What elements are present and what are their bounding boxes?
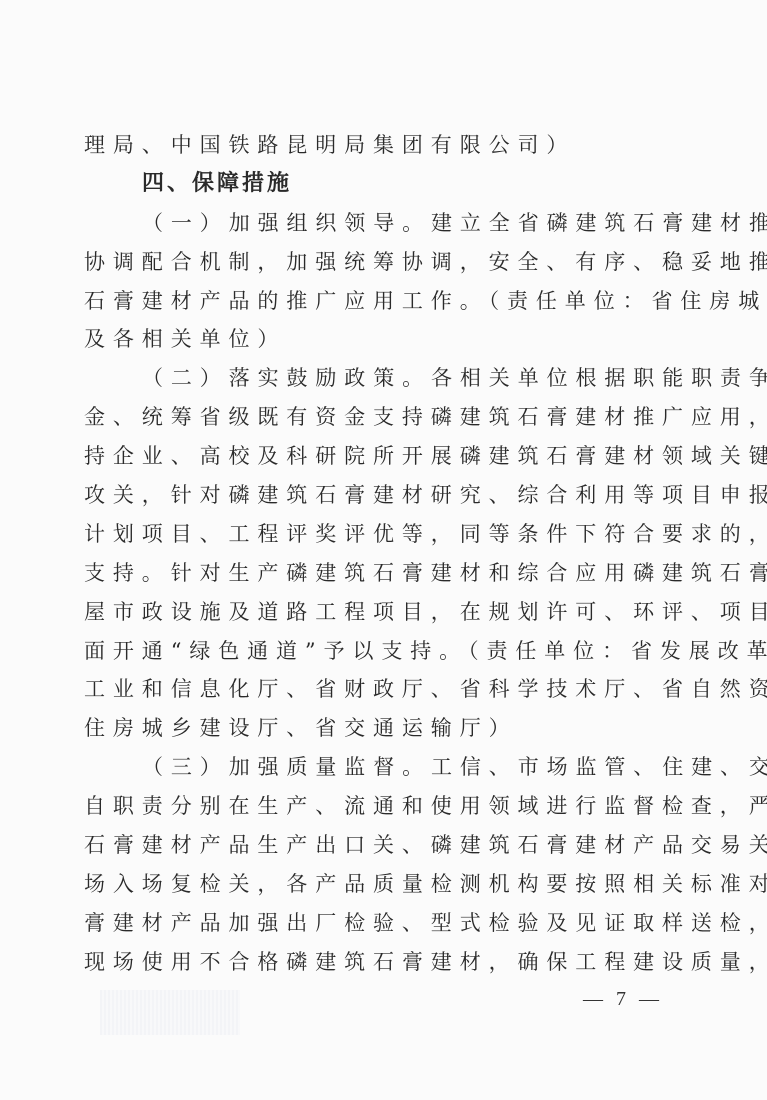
page-number: — 7 — (583, 988, 663, 1011)
scan-artifact (100, 990, 240, 1035)
text-line: （二）落实鼓励政策。各相关单位根据职能职责争取国家资 (84, 359, 674, 398)
text-line: 金、统筹省级既有资金支持磷建筑石膏建材推广应用，鼓励并支 (84, 398, 674, 437)
text-line: 及各相关单位） (84, 320, 674, 359)
section-heading: 四、保障措施 (84, 165, 674, 204)
text-line: 工业和信息化厅、省财政厅、省科学技术厅、省自然资源厅、省 (84, 670, 674, 709)
text-line: 膏建材产品加强出厂检验、型式检验及见证取样送检，严防施工 (84, 904, 674, 943)
text-line: 攻关，针对磷建筑石膏建材研究、综合利用等项目申报科学技术 (84, 476, 674, 515)
body-text: 理局、中国铁路昆明局集团有限公司）四、保障措施（一）加强组织领导。建立全省磷建筑… (84, 126, 674, 982)
text-line: 理局、中国铁路昆明局集团有限公司） (84, 126, 674, 165)
text-line: 支持。针对生产磷建筑石膏建材和综合应用磷建筑石膏建材的房 (84, 554, 674, 593)
text-line: 石膏建材产品的推广应用工作。（责任单位：省住房城乡建设厅 (84, 282, 674, 321)
text-line: （三）加强质量监督。工信、市场监管、住建、交通按照各 (84, 748, 674, 787)
text-line: 持企业、高校及科研院所开展磷建筑石膏建材领域关键核心技术 (84, 437, 674, 476)
text-line: 石膏建材产品生产出口关、磷建筑石膏建材产品交易关、施工现 (84, 826, 674, 865)
text-line: 屋市政设施及道路工程项目，在规划许可、环评、项目施工等方 (84, 593, 674, 632)
text-line: 现场使用不合格磷建筑石膏建材，确保工程建设质量，严守人民 (84, 943, 674, 982)
text-line: 协调配合机制，加强统筹协调，安全、有序、稳妥地推进磷建筑 (84, 243, 674, 282)
document-page: 理局、中国铁路昆明局集团有限公司）四、保障措施（一）加强组织领导。建立全省磷建筑… (0, 0, 767, 1100)
text-line: 面开通“绿色通道”予以支持。（责任单位：省发展改革委、省 (84, 632, 674, 671)
text-line: 自职责分别在生产、流通和使用领域进行监督检查，严把磷建筑 (84, 787, 674, 826)
text-line: （一）加强组织领导。建立全省磷建筑石膏建材推广部门间 (84, 204, 674, 243)
text-line: 计划项目、工程评奖评优等，同等条件下符合要求的，予以积极 (84, 515, 674, 554)
text-line: 场入场复检关，各产品质量检测机构要按照相关标准对磷建筑石 (84, 865, 674, 904)
text-line: 住房城乡建设厅、省交通运输厅） (84, 709, 674, 748)
